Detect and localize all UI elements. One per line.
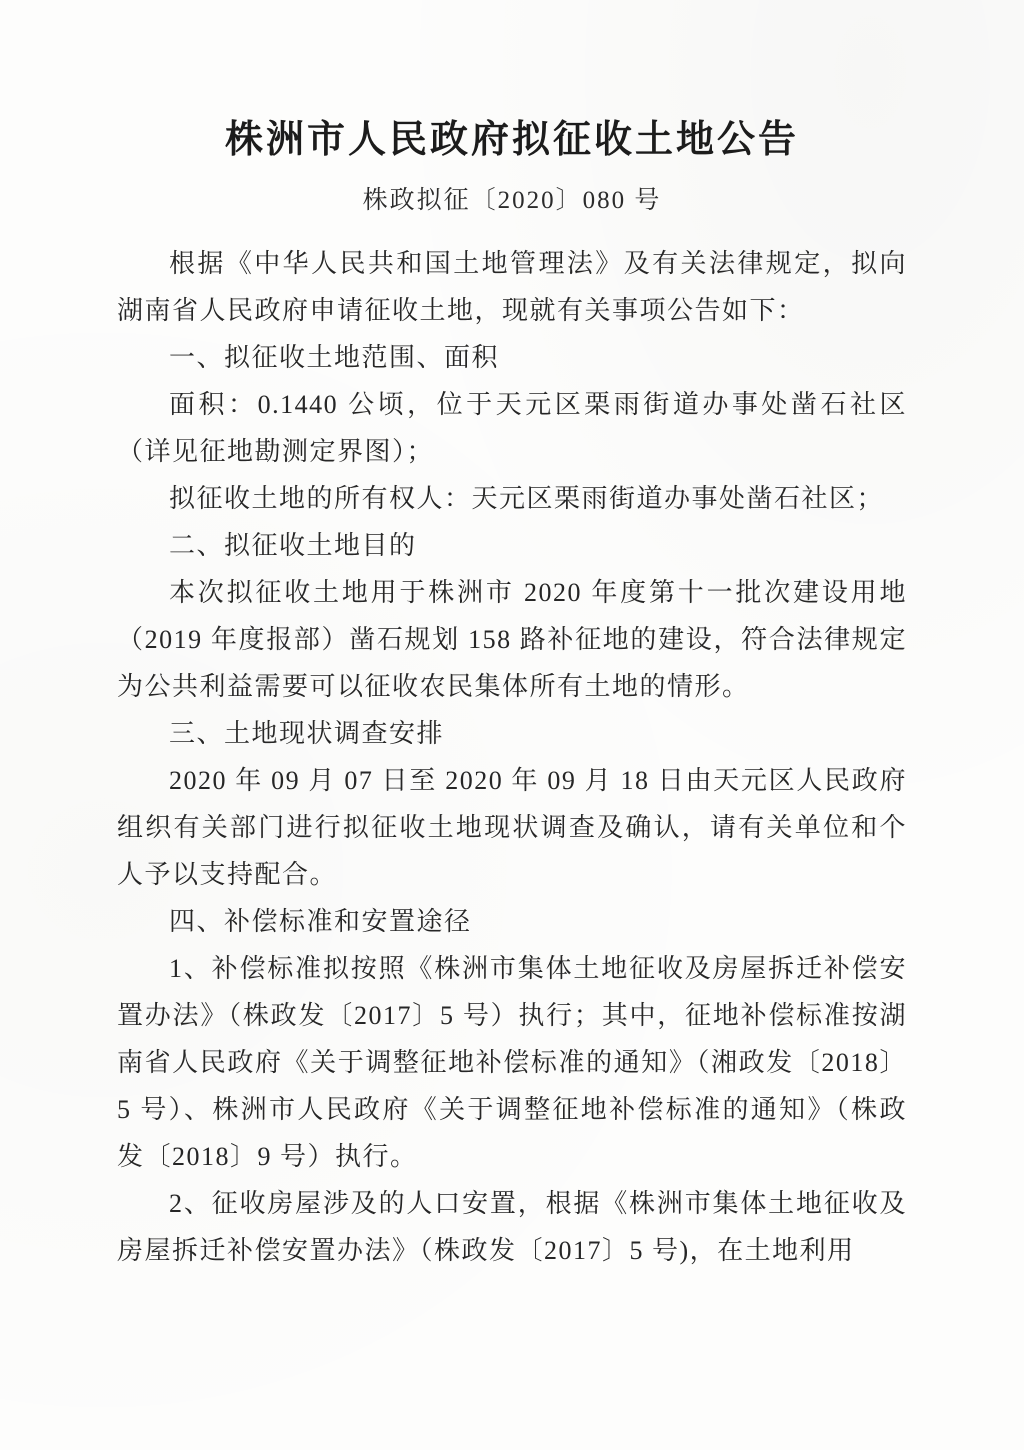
paragraph-compensation-standard: 1、补偿标准拟按照《株洲市集体土地征收及房屋拆迁补偿安置办法》（株政发〔2017…	[117, 945, 907, 1180]
intro-paragraph: 根据《中华人民共和国土地管理法》及有关法律规定，拟向湖南省人民政府申请征收土地，…	[117, 240, 907, 334]
document-body: 根据《中华人民共和国土地管理法》及有关法律规定，拟向湖南省人民政府申请征收土地，…	[117, 240, 907, 1274]
document-content: 株洲市人民政府拟征收土地公告 株政拟征〔2020〕080 号 根据《中华人民共和…	[117, 118, 907, 1274]
scanned-document-page: 株洲市人民政府拟征收土地公告 株政拟征〔2020〕080 号 根据《中华人民共和…	[0, 0, 1024, 1450]
section-heading-2: 二、拟征收土地目的	[117, 522, 907, 569]
section-heading-1: 一、拟征收土地范围、面积	[117, 334, 907, 381]
section-heading-4: 四、补偿标准和安置途径	[117, 898, 907, 945]
document-number: 株政拟征〔2020〕080 号	[117, 180, 907, 216]
paragraph-purpose: 本次拟征收土地用于株洲市 2020 年度第十一批次建设用地（2019 年度报部）…	[117, 569, 907, 710]
section-heading-3: 三、土地现状调查安排	[117, 710, 907, 757]
paragraph-owner: 拟征收土地的所有权人：天元区栗雨街道办事处凿石社区；	[117, 475, 907, 522]
paragraph-resettlement: 2、征收房屋涉及的人口安置，根据《株洲市集体土地征收及房屋拆迁补偿安置办法》（株…	[117, 1180, 907, 1274]
paragraph-survey: 2020 年 09 月 07 日至 2020 年 09 月 18 日由天元区人民…	[117, 757, 907, 898]
document-title: 株洲市人民政府拟征收土地公告	[117, 118, 907, 164]
paragraph-area: 面积：0.1440 公顷，位于天元区栗雨街道办事处凿石社区（详见征地勘测定界图）…	[117, 381, 907, 475]
